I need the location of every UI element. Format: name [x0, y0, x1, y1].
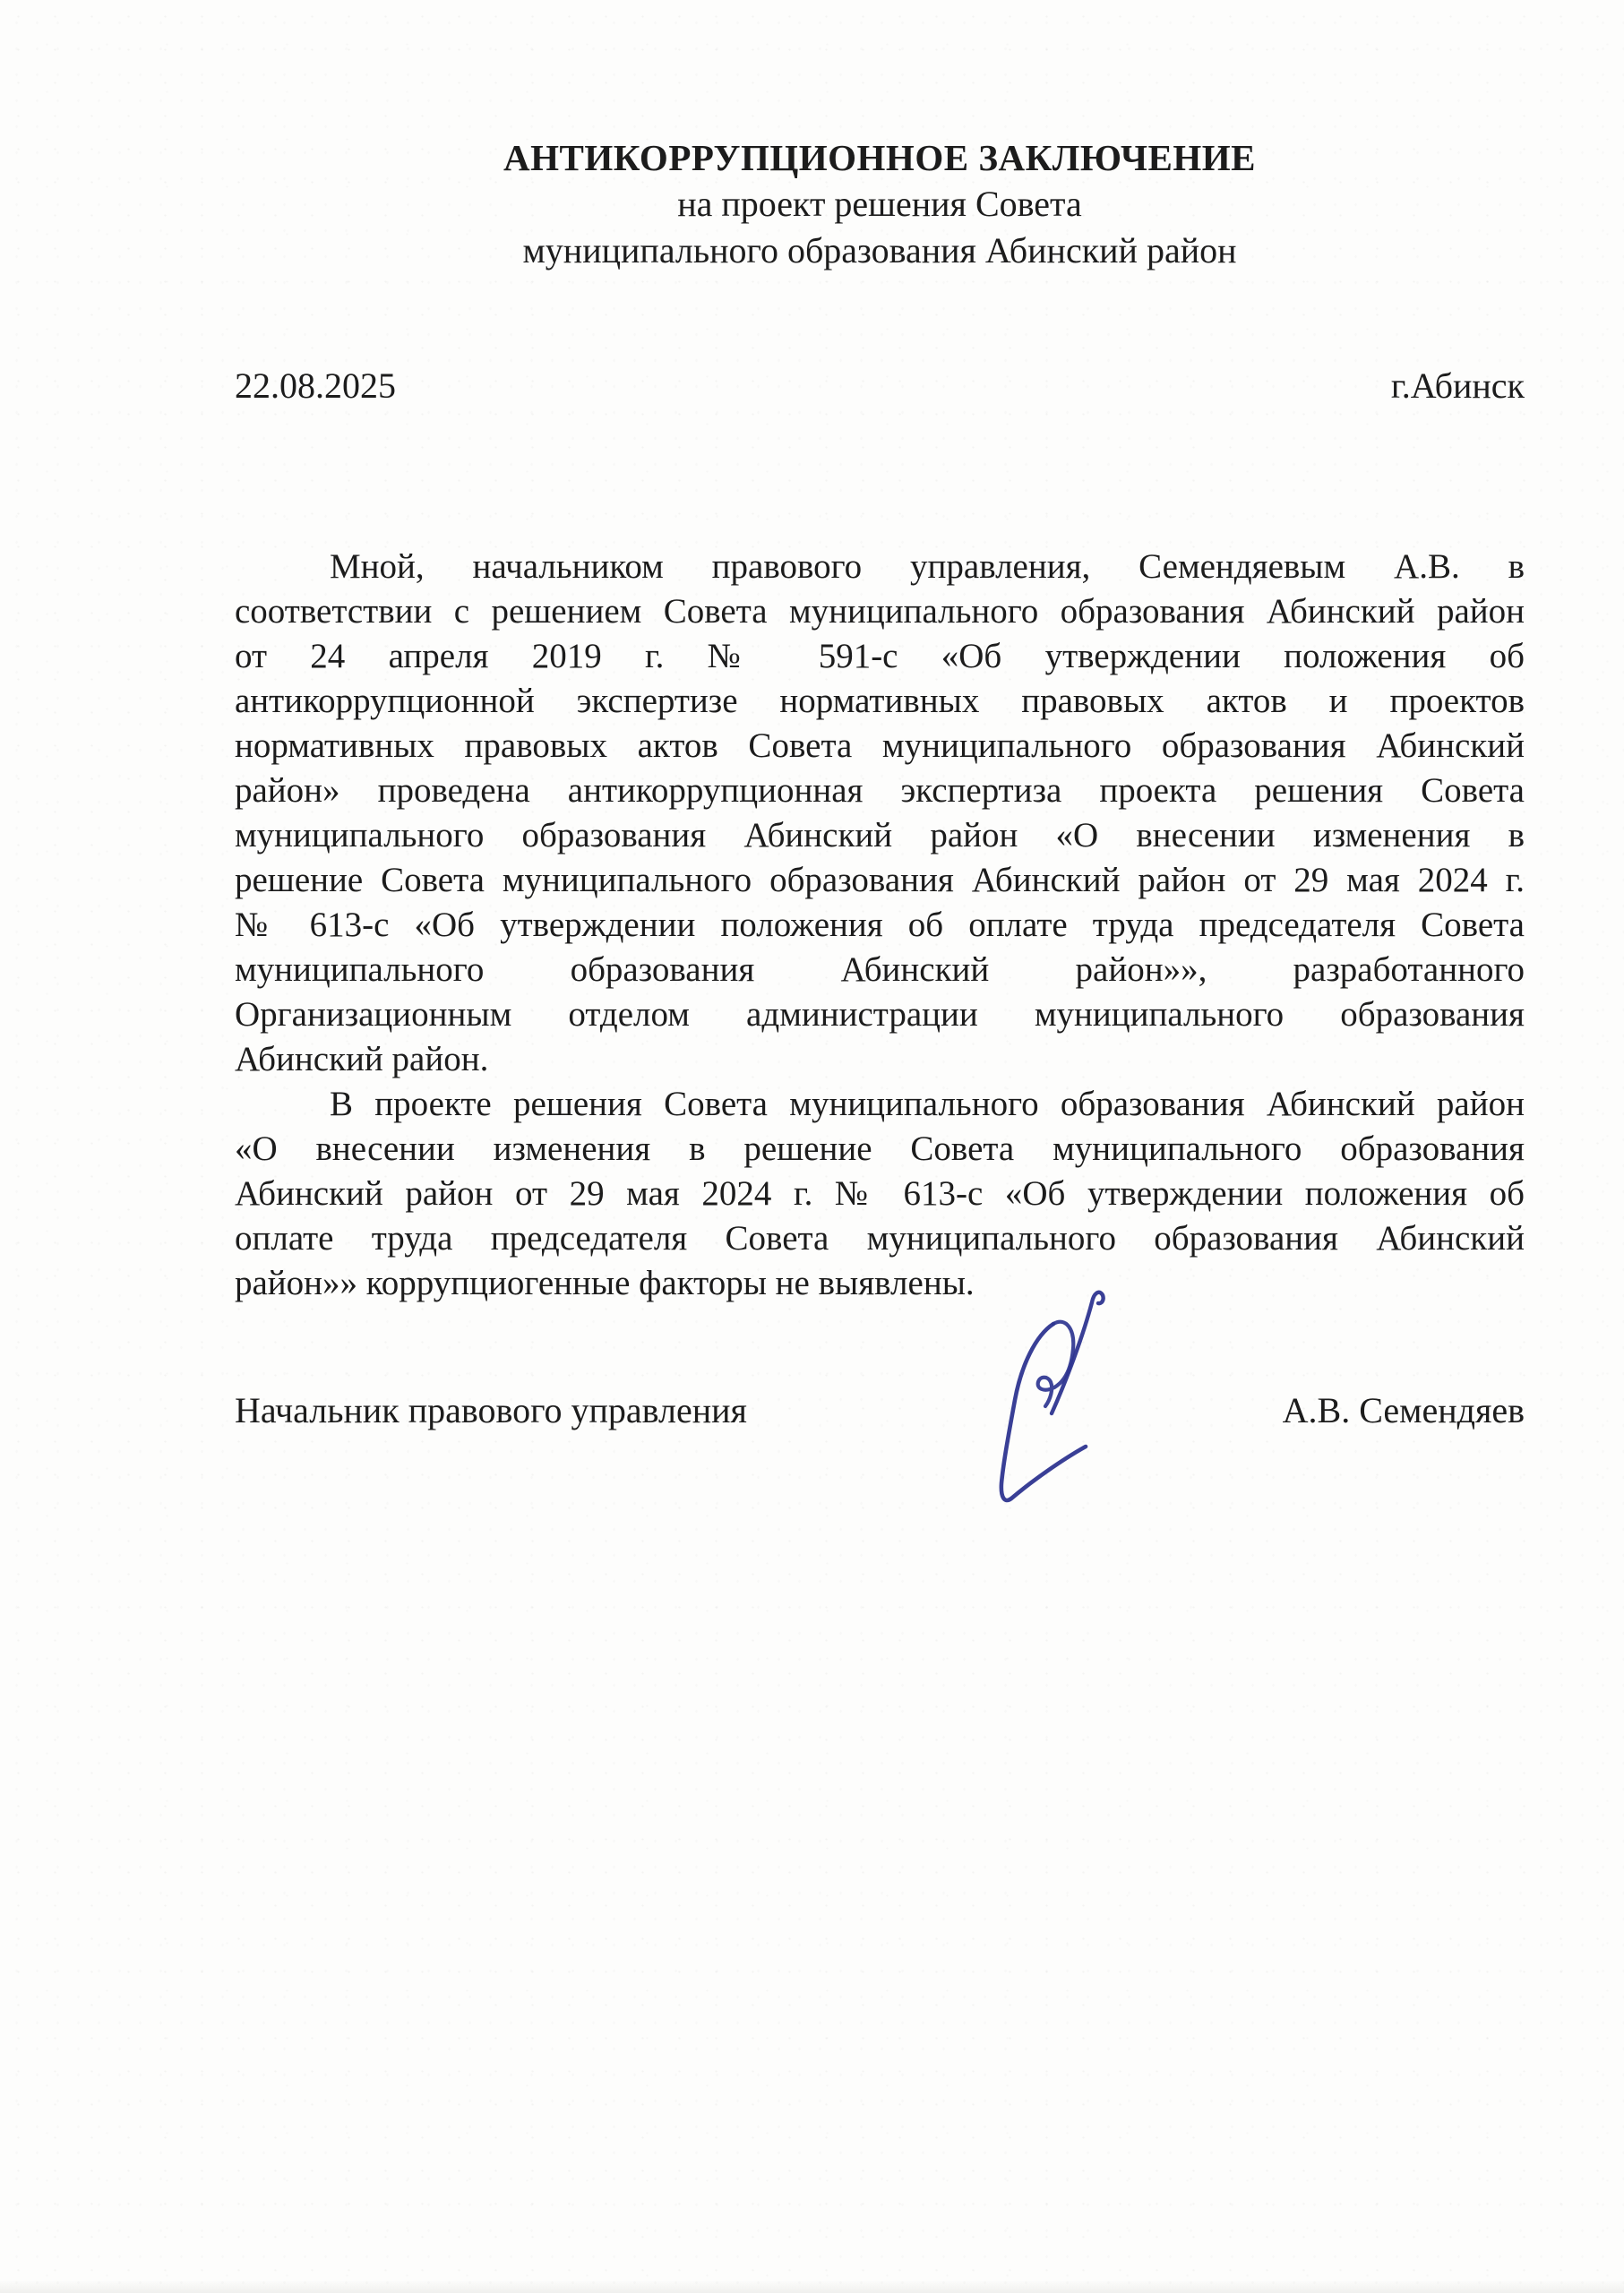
signatory-name: А.В. Семендяев [1283, 1388, 1525, 1433]
document-date: 22.08.2025 [235, 364, 396, 408]
text-line: район» проведена антикоррупционная экспе… [235, 769, 1525, 813]
text-line: нормативных правовых актов Совета муници… [235, 724, 1525, 769]
text-line: муниципального образования Абинский райо… [235, 813, 1525, 858]
text-line: В проекте решения Совета муниципального … [235, 1082, 1525, 1127]
title-main: АНТИКОРРУПЦИОННОЕ ЗАКЛЮЧЕНИЕ [235, 134, 1525, 181]
text-line: соответствии с решением Совета муниципал… [235, 589, 1525, 634]
title-subtitle-1: на проект решения Совета [235, 181, 1525, 228]
handwritten-signature-icon [984, 1279, 1127, 1519]
date-place-row: 22.08.2025 г.Абинск [235, 364, 1525, 408]
text-line: муниципального образования Абинский райо… [235, 948, 1525, 992]
text-line: антикоррупционной экспертизе нормативных… [235, 679, 1525, 724]
signature-stroke-diagonal [1052, 1292, 1104, 1413]
text-line: район»» коррупциогенные факторы не выявл… [235, 1261, 1525, 1306]
text-line: решение Совета муниципального образовани… [235, 858, 1525, 903]
paragraph-1: Мной, начальником правового управления, … [235, 545, 1525, 1082]
text-line: Организационным отделом администрации му… [235, 992, 1525, 1037]
text-line: оплате труда председателя Совета муницип… [235, 1216, 1525, 1261]
document-page: АНТИКОРРУПЦИОННОЕ ЗАКЛЮЧЕНИЕ на проект р… [0, 0, 1624, 2293]
title-subtitle-2: муниципального образования Абинский райо… [235, 228, 1525, 274]
scan-artifact-bottom-edge [0, 2280, 1624, 2293]
document-title: АНТИКОРРУПЦИОННОЕ ЗАКЛЮЧЕНИЕ на проект р… [235, 134, 1525, 274]
text-line: № 613-с «Об утверждении положения об опл… [235, 903, 1525, 948]
text-line: «О внесении изменения в решение Совета м… [235, 1127, 1525, 1172]
text-line: Абинский район. [235, 1037, 1525, 1082]
signature-row: Начальник правового управления А.В. Семе… [235, 1388, 1525, 1433]
text-line: от 24 апреля 2019 г. № 591-с «Об утвержд… [235, 634, 1525, 679]
paragraph-2: В проекте решения Совета муниципального … [235, 1082, 1525, 1306]
text-line: Абинский район от 29 мая 2024 г. № 613-с… [235, 1172, 1525, 1216]
signatory-position: Начальник правового управления [235, 1388, 747, 1433]
text-line: Мной, начальником правового управления, … [235, 545, 1525, 589]
document-place: г.Абинск [1391, 364, 1525, 408]
